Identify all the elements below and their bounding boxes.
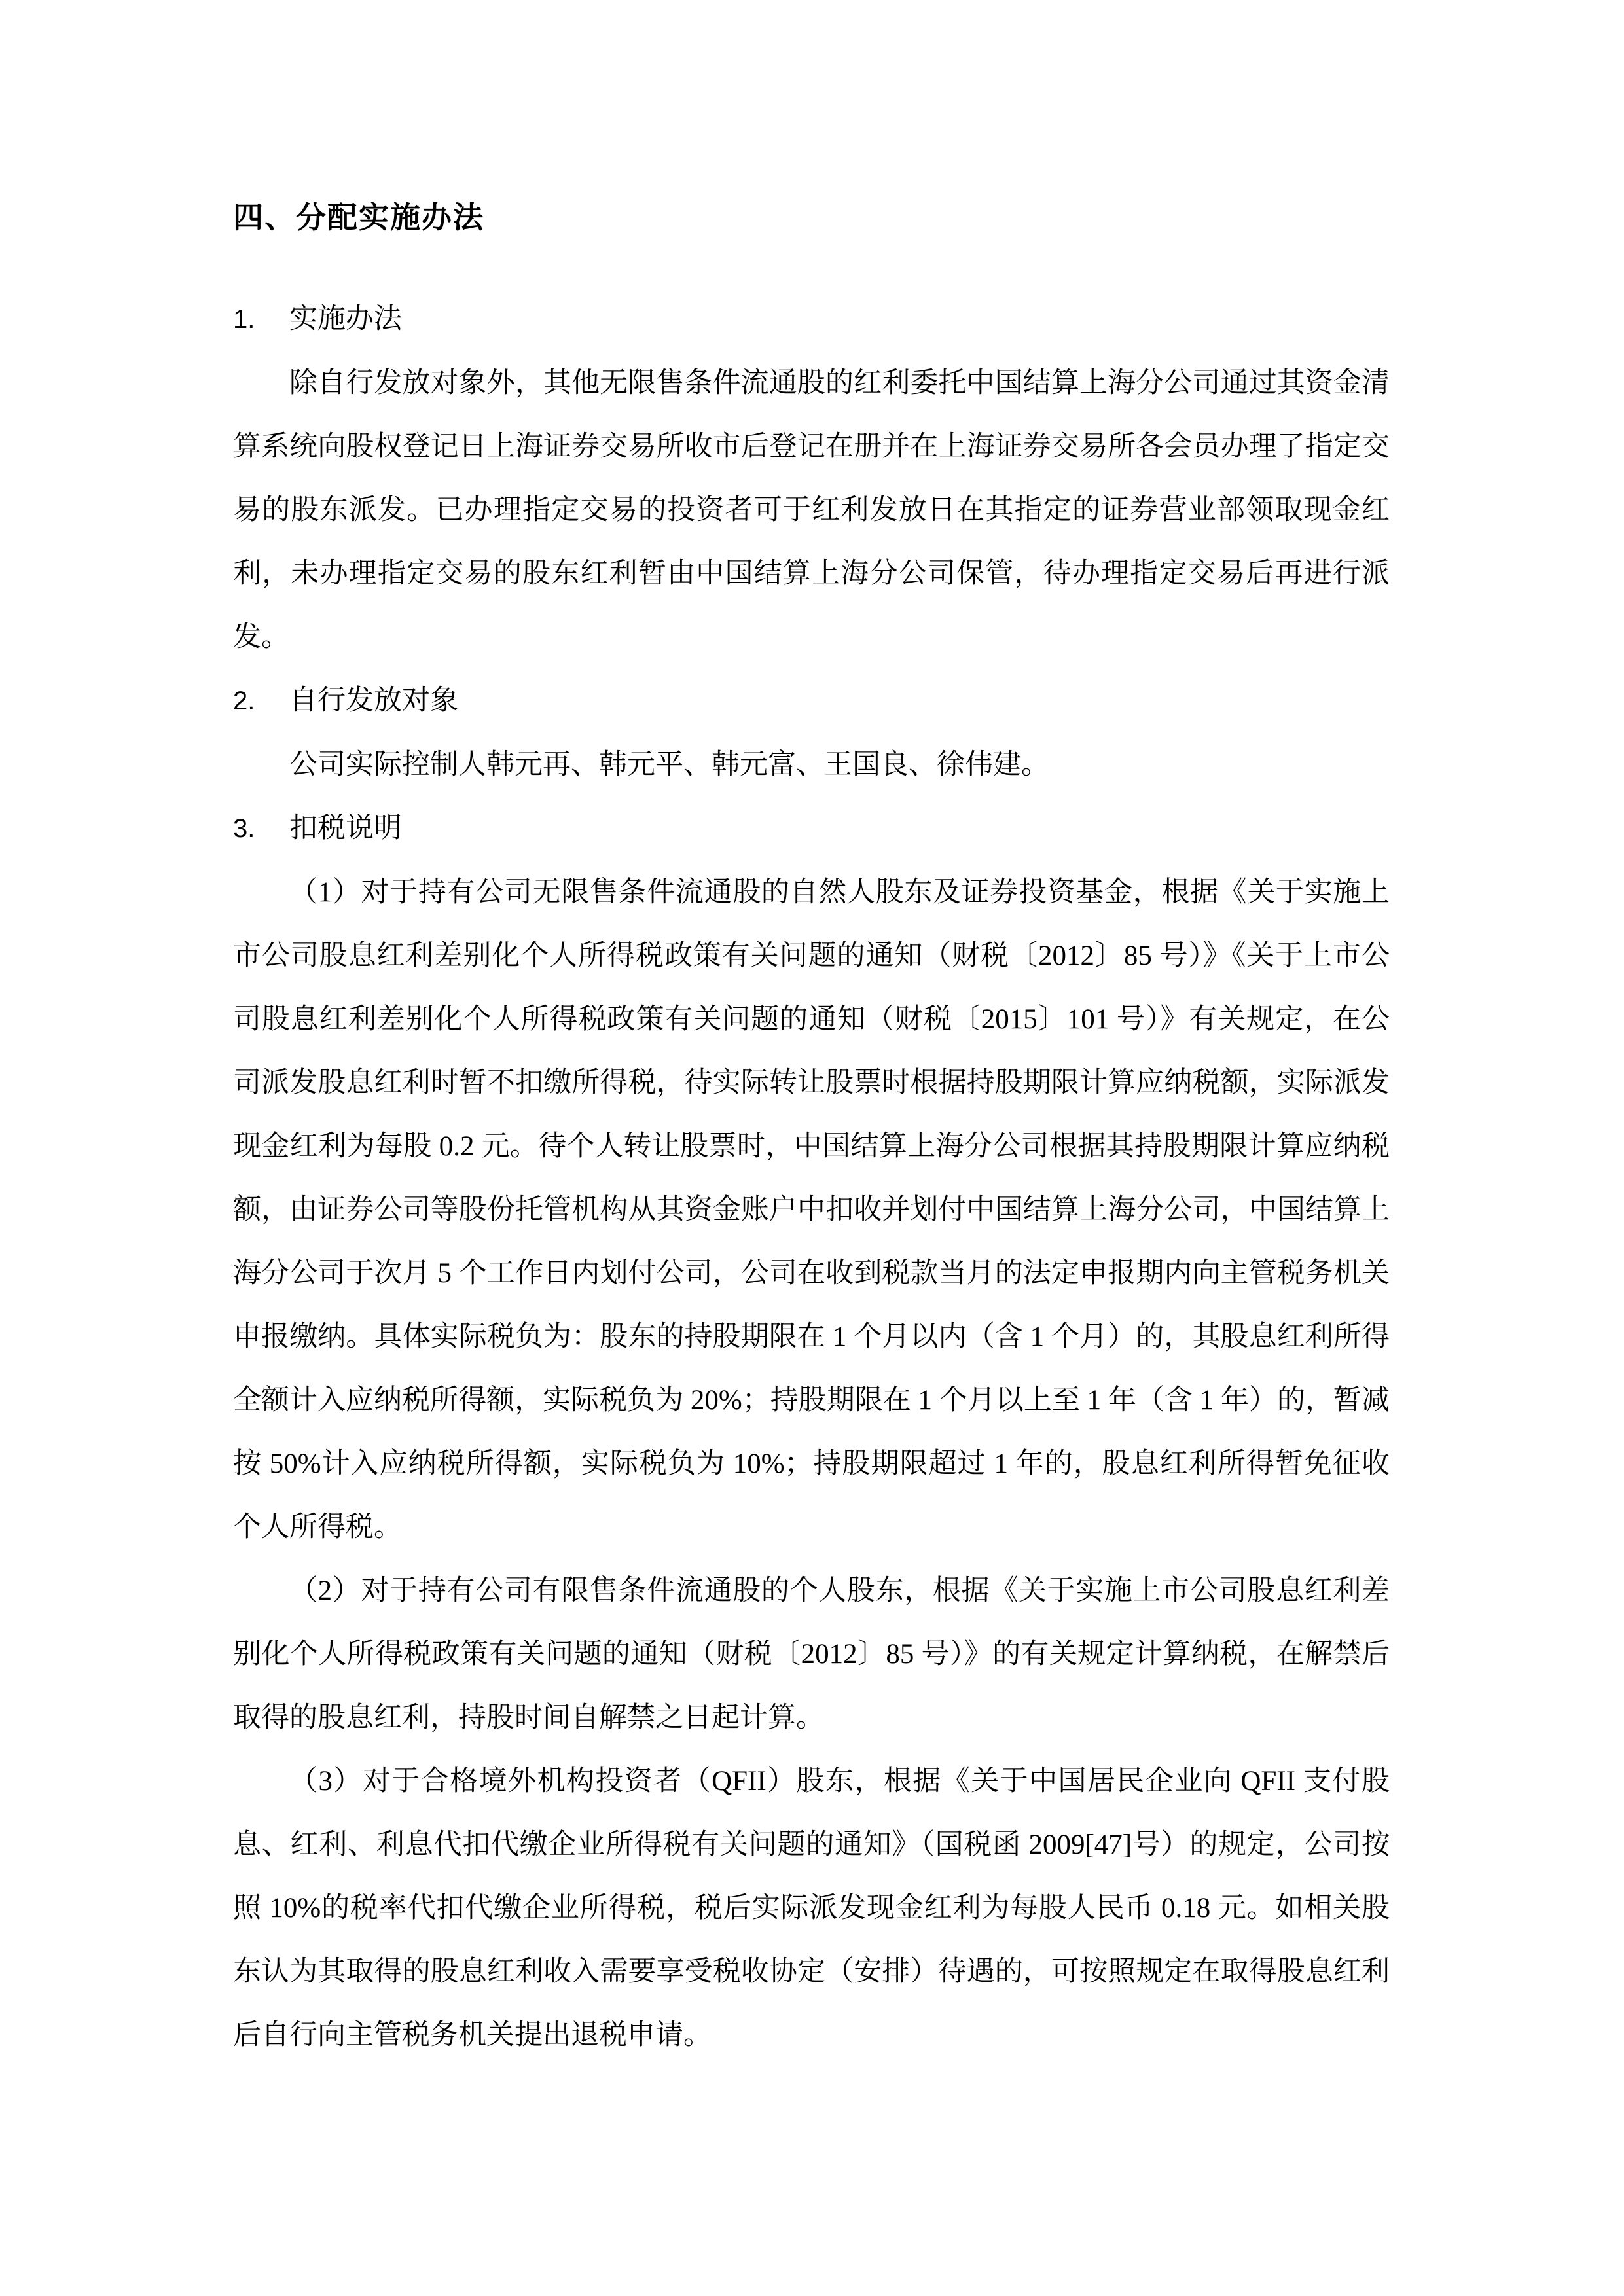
paragraph-tax-2: （2）对于持有公司有限售条件流通股的个人股东，根据《关于实施上市公司股息红利差别…: [233, 1559, 1390, 1749]
list-item-3-heading: 3.扣税说明: [233, 797, 1390, 861]
page-title: 四、分配实施办法: [233, 186, 1390, 249]
list-item-2-title: 自行发放对象: [289, 685, 458, 716]
list-item-3-title: 扣税说明: [289, 813, 402, 844]
document-page: 四、分配实施办法 1.实施办法 除自行发放对象外，其他无限售条件流通股的红利委托…: [0, 0, 1624, 2296]
list-item-2-number: 2.: [233, 670, 289, 733]
list-item-3-number: 3.: [233, 797, 289, 861]
paragraph-implementation: 除自行发放对象外，其他无限售条件流通股的红利委托中国结算上海分公司通过其资金清算…: [233, 351, 1390, 669]
paragraph-self-distribution: 公司实际控制人韩元再、韩元平、韩元富、王国良、徐伟建。: [233, 733, 1390, 797]
list-item-1-heading: 1.实施办法: [233, 287, 1390, 351]
list-item-1-title: 实施办法: [289, 304, 402, 334]
paragraph-tax-3: （3）对于合格境外机构投资者（QFII）股东，根据《关于中国居民企业向 QFII…: [233, 1749, 1390, 2067]
paragraph-tax-1: （1）对于持有公司无限售条件流通股的自然人股东及证券投资基金，根据《关于实施上市…: [233, 861, 1390, 1559]
list-item-2-heading: 2.自行发放对象: [233, 669, 1390, 733]
list-item-1-number: 1.: [233, 288, 289, 351]
